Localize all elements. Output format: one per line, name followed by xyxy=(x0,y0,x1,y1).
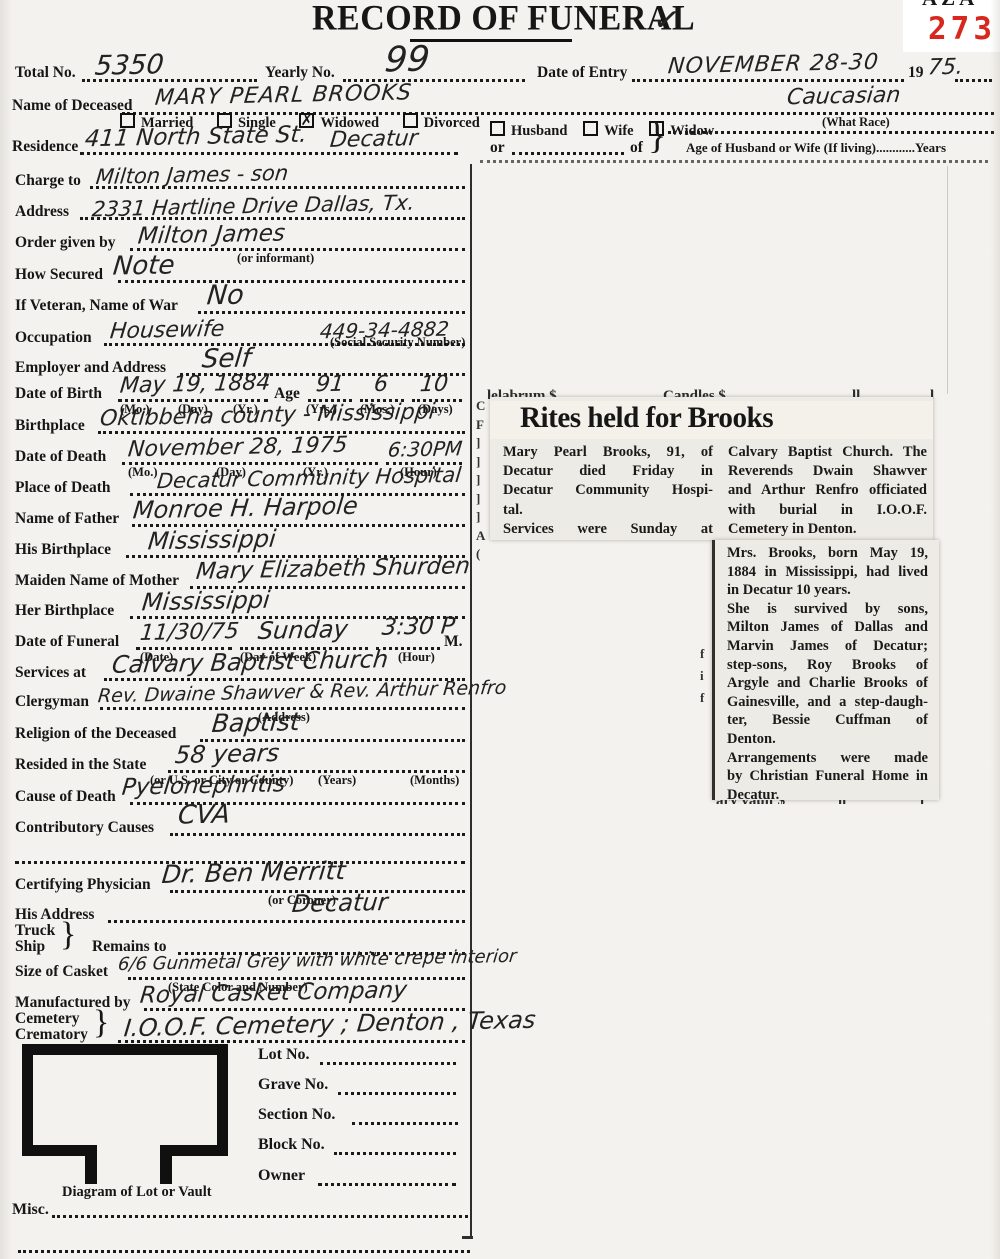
caption-mo: (Mo.) xyxy=(128,465,158,480)
field-label-age: Age xyxy=(274,385,300,403)
checkbox-wife xyxy=(583,121,598,136)
field-value-charge-to: Milton James - son xyxy=(95,161,290,189)
field-label-yearly-no: Yearly No. xyxy=(265,64,335,82)
field-value-date-of-birth: May 19, 1884 xyxy=(119,370,272,398)
clipping-column-2: Calvary Baptist Church. TheReverends Dwa… xyxy=(728,443,927,539)
news-line: Denton. xyxy=(727,730,928,749)
obscured-form-glyph: f xyxy=(700,690,704,712)
newspaper-clipping-top: Rites held for Brooks Mary Pearl Brooks,… xyxy=(490,397,933,540)
news-line: Marvin James of Decatur; xyxy=(727,637,928,656)
field-value-name-of-deceased: MARY PEARL BROOKS xyxy=(154,80,413,110)
news-line: Services were Sunday at xyxy=(503,520,713,539)
curly-brace: } xyxy=(93,1004,109,1042)
field-label-contributory-causes: Contributory Causes xyxy=(15,819,154,837)
field-value-date-of-death: November 28, 1975 xyxy=(127,433,349,463)
obscured-form-glyph: ] xyxy=(476,509,485,528)
dotted-line xyxy=(352,1122,458,1125)
column-divider-line xyxy=(470,164,472,1238)
clipping-column-3: Mrs. Brooks, born May 19,1884 in Mississ… xyxy=(727,544,928,804)
dotted-line xyxy=(338,1092,456,1095)
field-label-misc: Misc. xyxy=(12,1201,49,1219)
field-label-clergyman: Clergyman xyxy=(15,693,89,711)
news-line: Mary Pearl Brooks, 91, of xyxy=(503,443,713,462)
clipping-headline: Rites held for Brooks xyxy=(520,401,773,435)
field-label-his-birthplace: His Birthplace xyxy=(15,541,111,559)
field-label-services-at: Services at xyxy=(15,664,86,682)
field-label-her-birthplace: Her Birthplace xyxy=(15,602,114,620)
field-label-address: Address xyxy=(15,203,69,221)
faint-scan-line xyxy=(947,166,948,394)
field-label-veteran-war: If Veteran, Name of War xyxy=(15,297,178,315)
curly-brace: } xyxy=(648,114,666,158)
field-value-contributory-causes: CVA xyxy=(176,799,231,830)
obscured-form-glyph: A xyxy=(476,528,485,547)
dotted-line xyxy=(52,1215,468,1218)
field-label-date-of-birth: Date of Birth xyxy=(15,385,102,403)
newspaper-clipping-bottom: Mrs. Brooks, born May 19,1884 in Mississ… xyxy=(712,540,939,800)
page-title: RECORD OF FUNERAL xyxy=(312,0,695,39)
news-line: ter, Bessie Cuffman of xyxy=(727,711,928,730)
news-line: Decatur Community Hospi- xyxy=(503,481,713,500)
field-label-religion: Religion of the Deceased xyxy=(15,725,176,743)
printed-m-label: M. xyxy=(444,633,463,651)
page-number-stamp: 273 xyxy=(928,11,996,47)
dotted-line xyxy=(320,1062,456,1065)
news-line: Cemetery in Denton. xyxy=(728,520,927,539)
news-line: and Arthur Renfro officiated xyxy=(728,481,927,500)
field-value-place-of-death: Decatur Community Hospital xyxy=(156,463,463,493)
obscured-form-glyph: f xyxy=(700,646,704,668)
obscured-form-glyph: ] xyxy=(476,491,485,510)
caption-social-security-number: (Social Security Number) xyxy=(330,335,465,350)
field-label-name-of-father: Name of Father xyxy=(15,510,119,528)
caption-or-informant: (or informant) xyxy=(237,251,314,266)
field-value-services-at: Calvary Baptist Church xyxy=(111,645,390,679)
field-value-cemetery: I.O.O.F. Cemetery ; Denton , Texas xyxy=(123,1006,537,1043)
news-line: Arrangements were made xyxy=(727,749,928,768)
obscured-form-glyph: ( xyxy=(476,546,485,565)
dotted-line xyxy=(668,131,994,134)
field-label-date-of-entry: Date of Entry xyxy=(537,64,627,82)
lot-vault-diagram xyxy=(22,1044,230,1185)
title-underline xyxy=(410,39,572,42)
news-line: with burial in I.O.O.F. xyxy=(728,501,927,520)
field-label-block-no: Block No. xyxy=(258,1136,325,1154)
dotted-line xyxy=(334,1152,456,1155)
field-label-cause-of-death: Cause of Death xyxy=(15,788,116,806)
dotted-line xyxy=(170,833,465,836)
field-value-death-hour: 6:30PM xyxy=(387,436,464,462)
field-value-age-days: 10 xyxy=(419,372,450,398)
field-label-size-of-casket: Size of Casket xyxy=(15,963,108,981)
obscured-form-glyph: C xyxy=(476,398,485,417)
diagram-caption: Diagram of Lot or Vault xyxy=(62,1184,212,1201)
field-value-name-of-father: Monroe H. Harpole xyxy=(132,492,360,525)
obscured-form-glyph: ] xyxy=(476,435,485,454)
field-value-resided-in-state: 58 years xyxy=(174,739,281,769)
field-value-order-given-by: Milton James xyxy=(137,220,287,249)
field-value-yearly-no: 99 xyxy=(383,39,432,80)
field-value-age-years: 91 xyxy=(315,372,346,398)
field-value-clergyman: Rev. Dwaine Shawver & Rev. Arthur Renfro xyxy=(97,677,508,708)
checkbox-label-husband: Husband xyxy=(511,123,567,139)
funeral-record-scan: RECORD OF FUNERAL ✓ AZA 273 Total No. 53… xyxy=(0,0,1000,1259)
field-label-name-of-deceased: Name of Deceased xyxy=(12,97,133,115)
dotted-line xyxy=(512,152,624,155)
field-value-funeral-day: Sunday xyxy=(257,615,350,645)
news-line: Argyle and Charlie Brooks of xyxy=(727,674,928,693)
field-value-date-of-entry: NOVEMBER 28-30 xyxy=(667,50,880,79)
printed-year-19: 19 xyxy=(908,64,924,82)
printed-of-label: of xyxy=(630,139,643,157)
clipping-column-1: Mary Pearl Brooks, 91, ofDecatur died Fr… xyxy=(503,443,713,539)
dotted-line xyxy=(632,79,904,82)
obscured-form-glyph-column: fif xyxy=(700,646,704,712)
news-line: Calvary Baptist Church. The xyxy=(728,443,927,462)
news-line: by Christian Funeral Home in xyxy=(727,767,928,786)
field-value-certifying-physician: Dr. Ben Merritt xyxy=(161,856,347,889)
obscured-form-glyph: ] xyxy=(476,472,485,491)
field-value-how-secured: Note xyxy=(111,250,176,281)
printed-or-label: or xyxy=(490,139,505,157)
caption-months: (Months) xyxy=(410,773,459,788)
field-value-residence-city: Decatur xyxy=(329,126,419,153)
field-value-his-birthplace: Mississippi xyxy=(147,525,278,556)
checkbox-husband xyxy=(490,121,505,136)
field-value-race: Caucasian xyxy=(786,83,902,110)
caption-what-race: (What Race) xyxy=(822,115,890,130)
news-line: step-sons, Roy Brooks of xyxy=(727,656,928,675)
obscured-form-glyph: i xyxy=(700,668,704,690)
field-value-employer: Self xyxy=(200,343,252,374)
field-value-residence-street: 411 North State St. xyxy=(84,122,309,153)
news-line: Decatur. xyxy=(727,786,928,805)
dotted-line xyxy=(108,920,465,923)
news-line: in Decatur 10 years. xyxy=(727,581,928,600)
news-line: Reverends Dwain Shawver xyxy=(728,462,927,481)
field-label-ship: Ship xyxy=(15,938,45,956)
field-label-resided-in-state: Resided in the State xyxy=(15,756,146,774)
dotted-line xyxy=(18,1250,470,1253)
corner-stamp: AZA xyxy=(922,0,982,8)
news-line: Gainesville, and a step-daugh- xyxy=(727,693,928,712)
field-value-her-birthplace: Mississippi xyxy=(141,586,272,617)
checkbox-label-divorced: Divorced xyxy=(424,115,480,131)
field-value-religion: Baptist xyxy=(211,707,302,738)
news-line: She is survived by sons, xyxy=(727,600,928,619)
field-value-size-of-casket: 6/6 Gunmetal Grey with white crepe inter… xyxy=(117,946,518,975)
field-value-age-months: 6 xyxy=(373,372,390,397)
field-label-date-of-funeral: Date of Funeral xyxy=(15,633,119,651)
field-value-occupation: Housewife xyxy=(109,317,226,344)
obscured-form-glyph-column: CF]]]]]A( xyxy=(476,398,485,565)
field-label-certifying-physician: Certifying Physician xyxy=(15,876,151,894)
field-label-birthplace: Birthplace xyxy=(15,417,85,435)
field-label-lot-no: Lot No. xyxy=(258,1046,310,1064)
field-label-section-no: Section No. xyxy=(258,1106,335,1124)
caption-hour: (Hour) xyxy=(398,650,435,665)
field-label-date-of-death: Date of Death xyxy=(15,448,106,466)
field-label-charge-to: Charge to xyxy=(15,172,81,190)
obscured-form-glyph: F xyxy=(476,417,485,436)
field-label-order-given-by: Order given by xyxy=(15,234,115,252)
news-line: tal. xyxy=(503,501,713,520)
dotted-line xyxy=(318,1183,456,1186)
news-line: Decatur died Friday in xyxy=(503,462,713,481)
field-value-total-no: 5350 xyxy=(93,49,165,82)
field-label-grave-no: Grave No. xyxy=(258,1076,328,1094)
field-label-how-secured: How Secured xyxy=(15,266,103,284)
checkbox-label-wife: Wife xyxy=(604,123,634,139)
caption-years: (Years) xyxy=(318,773,356,788)
field-label-residence: Residence xyxy=(12,138,78,156)
field-value-his-address: Decatur xyxy=(291,888,389,918)
news-line: Mrs. Brooks, born May 19, xyxy=(727,544,928,563)
field-value-manufactured-by: Royal Casket Company xyxy=(139,977,408,1009)
field-value-entry-year: 75. xyxy=(927,55,965,81)
field-label-total-no: Total No. xyxy=(15,64,76,82)
caption-age-of-husband-or-wife: Age of Husband or Wife (If living)......… xyxy=(686,140,946,156)
field-value-maiden-name-of-mother: Mary Elizabeth Shurden xyxy=(195,553,472,585)
dotted-line xyxy=(198,311,465,314)
field-label-place-of-death: Place of Death xyxy=(15,479,111,497)
field-value-veteran-war: No xyxy=(205,280,245,312)
dotted-line xyxy=(955,79,992,82)
news-line: 1884 in Mississippi, had lived xyxy=(727,563,928,582)
handwritten-checkmark-icon: ✓ xyxy=(650,0,683,41)
news-line: Milton James of Dallas and xyxy=(727,618,928,637)
divider-end-hook xyxy=(462,1236,473,1239)
curly-brace: } xyxy=(60,916,76,954)
dotted-line xyxy=(80,152,458,155)
field-label-crematory: Crematory xyxy=(15,1026,88,1044)
field-value-funeral-date: 11/30/75 xyxy=(139,619,240,646)
obscured-form-glyph: ] xyxy=(476,454,485,473)
field-value-cause-of-death: Pyelonephritis xyxy=(121,771,287,800)
field-label-owner: Owner xyxy=(258,1167,305,1185)
faint-dotted-rule xyxy=(480,160,988,163)
field-label-occupation: Occupation xyxy=(15,329,92,347)
